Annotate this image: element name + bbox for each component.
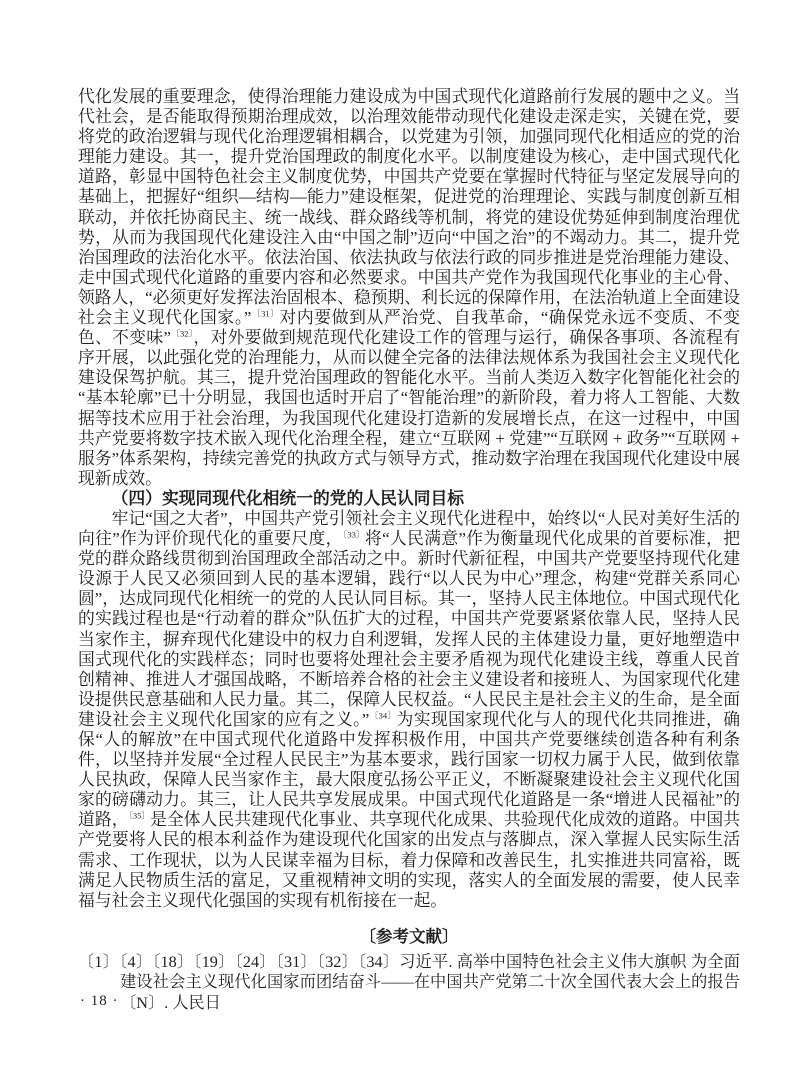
citation-superscript: 〔32〕 [171,329,194,339]
body-paragraph: 代化发展的重要理念，使得治理能力建设成为中国式现代化道路前行发展的题中之义。当代… [78,87,740,489]
page-content: 代化发展的重要理念，使得治理能力建设成为中国式现代化道路前行发展的题中之义。当代… [78,87,740,1014]
body-text: 代化发展的重要理念，使得治理能力建设成为中国式现代化道路前行发展的题中之义。当代… [78,87,740,911]
references-heading: 〔参考文献〕 [78,926,740,948]
page-number: · 18 · [80,992,119,1010]
section-heading: （四）实现同现代化相统一的党的人民认同目标 [78,489,740,509]
citation-superscript: 〔34〕 [369,710,396,720]
references-list: 〔1〕〔4〕〔18〕〔19〕〔24〕〔31〕〔32〕〔34〕习近平. 高举中国特… [78,952,740,1014]
document-page: 代化发展的重要理念，使得治理能力建设成为中国式现代化道路前行发展的题中之义。当代… [0,0,793,1077]
citation-superscript: 〔31〕 [251,308,279,318]
body-paragraph: 牢记“国之大者”，中国共产党引领社会主义现代化进程中，始终以“人民对美好生活的向… [78,509,740,911]
reference-entry: 〔1〕〔4〕〔18〕〔19〕〔24〕〔31〕〔32〕〔34〕习近平. 高举中国特… [78,952,740,1014]
citation-superscript: 〔35〕 [129,811,150,821]
citation-superscript: 〔33〕 [343,529,365,539]
